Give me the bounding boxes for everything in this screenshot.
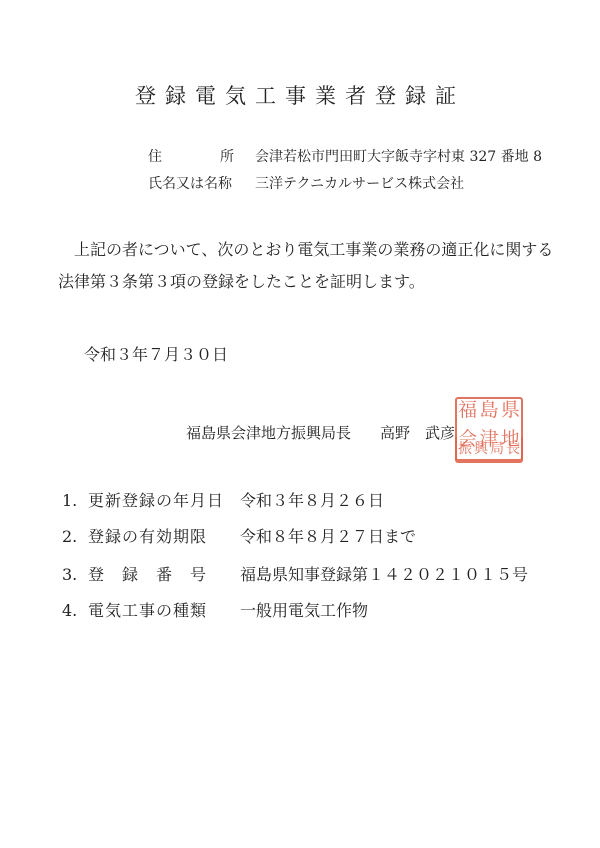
seal-char: 長 bbox=[505, 438, 521, 460]
seal-char: 県 bbox=[500, 400, 521, 429]
address-label: 住所 bbox=[148, 146, 234, 166]
item-value: 令和８年８月２７日まで bbox=[240, 524, 416, 547]
seal-char: 局 bbox=[489, 438, 505, 460]
item-number: 4. bbox=[62, 601, 88, 620]
item-label: 更新登録の年月日 bbox=[88, 488, 240, 511]
item-label: 登録の有効期限 bbox=[88, 524, 240, 547]
item-label: 電気工事の種類 bbox=[88, 598, 240, 621]
item-number: 3. bbox=[62, 565, 88, 584]
issue-date: 令和３年７月３０日 bbox=[84, 342, 228, 365]
official-seal-lower: 振 興 局 長 bbox=[455, 437, 523, 463]
address-label-char-1: 住 bbox=[148, 146, 162, 166]
item-work-type: 4.電気工事の種類一般用電気工作物 bbox=[62, 598, 368, 621]
address-value: 会津若松市門田町大字飯寺字村東 327 番地 8 bbox=[255, 146, 542, 166]
issuer-name: 高野 武彦 bbox=[380, 422, 455, 443]
seal-char: 興 bbox=[473, 438, 489, 460]
item-value: 福島県知事登録第１４２０２１０１５号 bbox=[240, 562, 528, 585]
seal-char: 島 bbox=[478, 400, 499, 429]
item-expiry: 2.登録の有効期限令和８年８月２７日まで bbox=[62, 524, 416, 547]
item-value: 一般用電気工作物 bbox=[240, 598, 368, 621]
name-value: 三洋テクニカルサービス株式会社 bbox=[255, 173, 464, 193]
item-number: 1. bbox=[62, 491, 88, 510]
item-label: 登 録 番 号 bbox=[88, 562, 240, 585]
certification-text: 上記の者について、次のとおり電気工事業の業務の適正化に関する法律第３条第３項の登… bbox=[58, 234, 558, 298]
name-label: 氏名又は名称 bbox=[148, 173, 232, 193]
item-registration-number: 3.登 録 番 号福島県知事登録第１４２０２１０１５号 bbox=[62, 562, 528, 585]
seal-char: 振 bbox=[457, 438, 473, 460]
item-number: 2. bbox=[62, 527, 88, 546]
address-label-char-2: 所 bbox=[220, 146, 234, 166]
item-renewal-date: 1.更新登録の年月日令和３年８月２６日 bbox=[62, 488, 384, 511]
document-title: 登録電気工事業者登録証 bbox=[0, 80, 600, 110]
seal-char: 福 bbox=[457, 400, 478, 429]
item-value: 令和３年８月２６日 bbox=[240, 488, 384, 511]
issuer-title: 福島県会津地方振興局長 bbox=[186, 422, 351, 443]
